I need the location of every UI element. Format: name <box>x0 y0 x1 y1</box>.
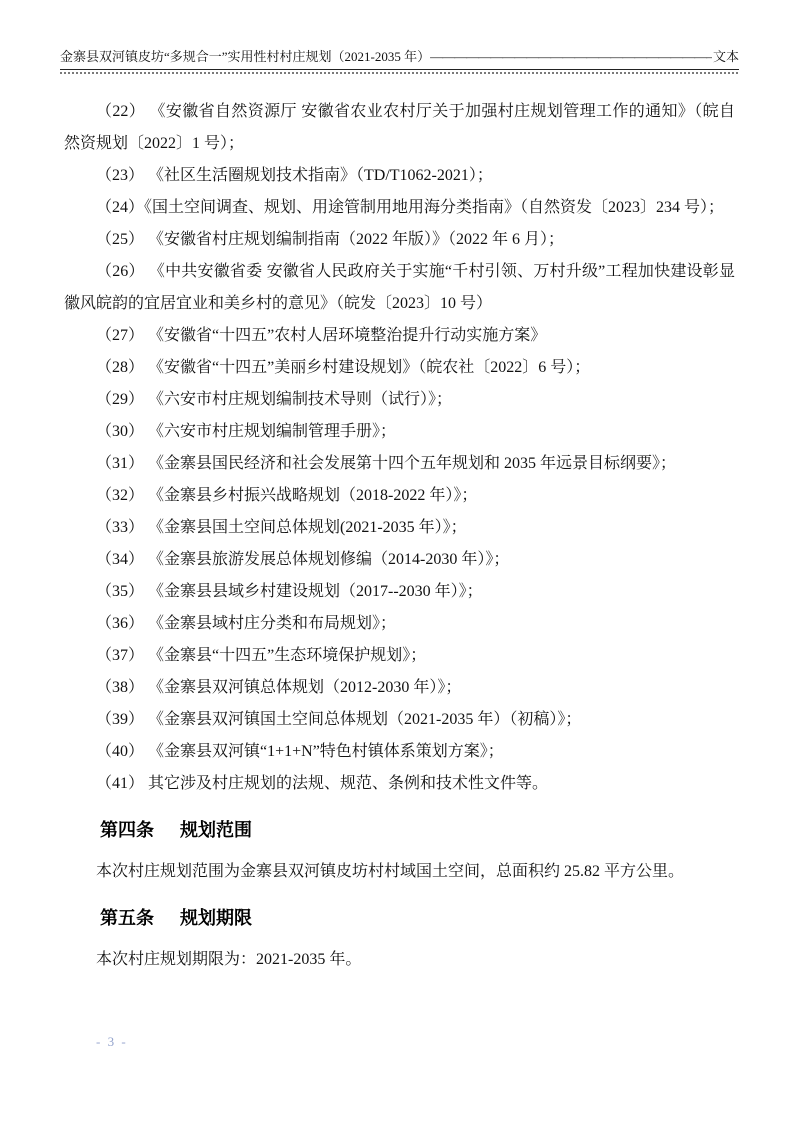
section-number: 第四条 <box>100 820 154 840</box>
reference-item: （37） 《金寨县“十四五”生态环境保护规划》； <box>64 640 735 672</box>
reference-item: （41） 其它涉及村庄规划的法规、规范、条例和技术性文件等。 <box>64 768 735 800</box>
section-title: 规划范围 <box>180 820 252 840</box>
reference-item: （23） 《社区生活圈规划技术指南》（TD/T1062-2021）； <box>64 160 735 192</box>
header-rule-dotted <box>60 72 739 74</box>
reference-item: （22） 《安徽省自然资源厅 安徽省农业农村厅关于加强村庄规划管理工作的通知》（… <box>64 96 735 160</box>
section-heading-article-5: 第五条规划期限 <box>64 903 735 933</box>
reference-item: （38） 《金寨县双河镇总体规划（2012-2030 年）》； <box>64 672 735 704</box>
header-right-label: 文本 <box>712 48 739 65</box>
reference-item: （31） 《金寨县国民经济和社会发展第十四个五年规划和 2035 年远景目标纲要… <box>64 448 735 480</box>
header-rule-solid <box>60 69 739 70</box>
reference-item: （30） 《六安市村庄规划编制管理手册》； <box>64 416 735 448</box>
reference-item: （36） 《金寨县域村庄分类和布局规划》； <box>64 608 735 640</box>
header-dash-leader: ———————————————————————————— <box>430 48 712 65</box>
header-line: 金寨县双河镇皮坊“多规合一”实用性村村庄规划（2021-2035 年） ————… <box>60 48 739 65</box>
reference-item: （25） 《安徽省村庄规划编制指南（2022 年版）》（2022 年 6 月）； <box>64 224 735 256</box>
document-page: 金寨县双河镇皮坊“多规合一”实用性村村庄规划（2021-2035 年） ————… <box>0 0 793 1122</box>
reference-item: （29） 《六安市村庄规划编制技术导则（试行）》； <box>64 384 735 416</box>
page-header: 金寨县双河镇皮坊“多规合一”实用性村村庄规划（2021-2035 年） ————… <box>60 0 739 74</box>
reference-item: （35） 《金寨县县域乡村建设规划（2017--2030 年）》； <box>64 576 735 608</box>
header-title: 金寨县双河镇皮坊“多规合一”实用性村村庄规划（2021-2035 年） <box>60 48 430 65</box>
reference-item: （28） 《安徽省“十四五”美丽乡村建设规划》（皖农社〔2022〕6 号）； <box>64 352 735 384</box>
section-number: 第五条 <box>100 908 154 928</box>
reference-item: （40） 《金寨县双河镇“1+1+N”特色村镇体系策划方案》； <box>64 736 735 768</box>
section-heading-article-4: 第四条规划范围 <box>64 815 735 845</box>
reference-item: （34） 《金寨县旅游发展总体规划修编（2014-2030 年）》； <box>64 544 735 576</box>
section-title: 规划期限 <box>180 908 252 928</box>
reference-item: （39） 《金寨县双河镇国土空间总体规划（2021-2035 年）（初稿）》； <box>64 704 735 736</box>
reference-item: （27） 《安徽省“十四五”农村人居环境整治提升行动实施方案》 <box>64 320 735 352</box>
section-body-article-5: 本次村庄规划期限为：2021-2035 年。 <box>64 944 735 976</box>
reference-item: （24）《国土空间调查、规划、用途管制用地用海分类指南》（自然资发〔2023〕2… <box>64 192 735 224</box>
reference-item: （26） 《中共安徽省委 安徽省人民政府关于实施“千村引领、万村升级”工程加快建… <box>64 256 735 320</box>
reference-item: （33） 《金寨县国土空间总体规划(2021-2035 年）》； <box>64 512 735 544</box>
reference-item: （32） 《金寨县乡村振兴战略规划（2018-2022 年）》； <box>64 480 735 512</box>
document-body: （22） 《安徽省自然资源厅 安徽省农业农村厅关于加强村庄规划管理工作的通知》（… <box>64 96 735 976</box>
page-number: - 3 - <box>96 1034 128 1050</box>
section-body-article-4: 本次村庄规划范围为金寨县双河镇皮坊村村域国土空间，总面积约 25.82 平方公里… <box>64 856 735 888</box>
